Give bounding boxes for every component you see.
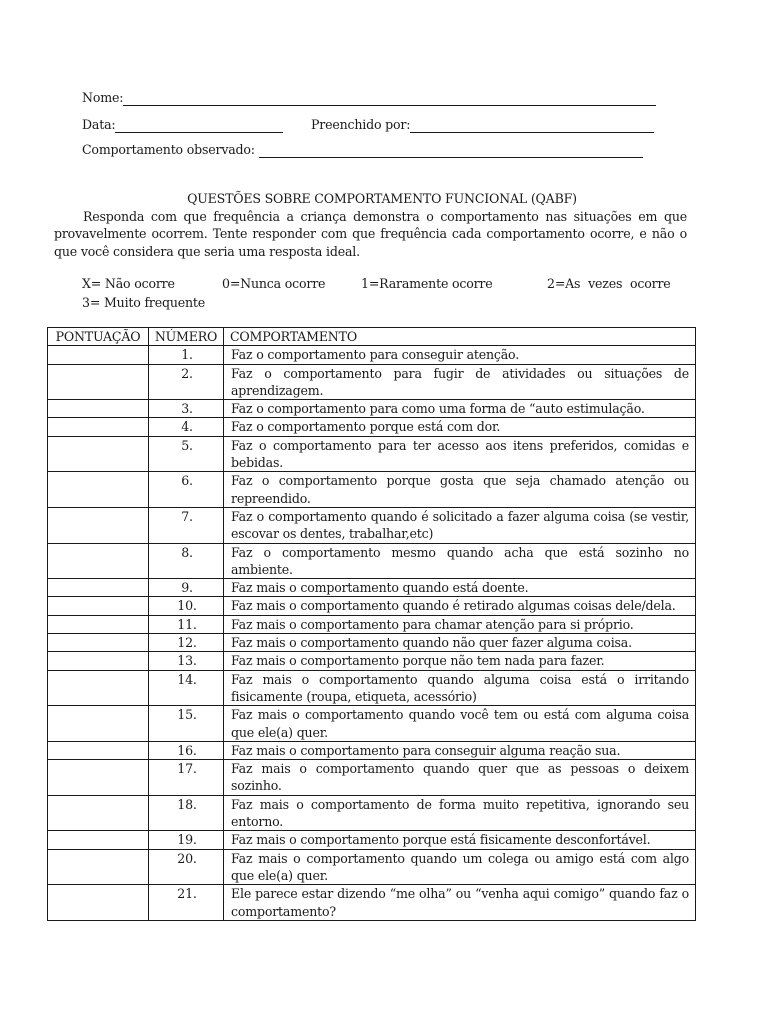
legend-item-3: 3= Muito frequente (82, 294, 205, 312)
table-row: 19.Faz mais o comportamento porque está … (48, 831, 696, 849)
table-header-row: PONTUAÇÃO NÚMERO COMPORTAMENTO (48, 328, 696, 346)
legend-item-0: 0=Nunca ocorre (222, 275, 325, 293)
legend-item-1: 1=Raramente ocorre (361, 275, 493, 293)
number-cell: 6. (149, 472, 224, 508)
table-row: 17.Faz mais o comportamento quando quer … (48, 760, 696, 796)
table-row: 14.Faz mais o comportamento quando algum… (48, 670, 696, 706)
number-cell: 18. (149, 795, 224, 831)
score-cell[interactable] (48, 364, 149, 400)
behavior-description-cell: Faz mais o comportamento quando você tem… (224, 706, 696, 742)
table-row: 13.Faz mais o comportamento porque não t… (48, 652, 696, 670)
table-row: 21.Ele parece estar dizendo “me olha” ou… (48, 885, 696, 921)
number-cell: 5. (149, 436, 224, 472)
number-cell: 7. (149, 507, 224, 543)
score-cell[interactable] (48, 507, 149, 543)
number-cell: 19. (149, 831, 224, 849)
table-row: 7.Faz o comportamento quando é solicitad… (48, 507, 696, 543)
table-body: 1.Faz o comportamento para conseguir ate… (48, 346, 696, 921)
score-cell[interactable] (48, 652, 149, 670)
header-pontuacao: PONTUAÇÃO (48, 328, 149, 346)
table-row: 8.Faz o comportamento mesmo quando acha … (48, 543, 696, 579)
behavior-description-cell: Faz o comportamento porque está com dor. (224, 418, 696, 436)
comportamento-observado-field[interactable]: Comportamento observado: (82, 140, 643, 158)
score-cell[interactable] (48, 543, 149, 579)
score-cell[interactable] (48, 795, 149, 831)
score-cell[interactable] (48, 615, 149, 633)
table-row: 12.Faz mais o comportamento quando não q… (48, 634, 696, 652)
table-row: 1.Faz o comportamento para conseguir ate… (48, 346, 696, 364)
nome-label: Nome: (82, 90, 123, 106)
score-cell[interactable] (48, 670, 149, 706)
preenchido-por-field[interactable]: Preenchido por: (311, 115, 654, 133)
comportamento-observado-input-line[interactable] (259, 144, 643, 158)
behavior-description-cell: Faz o comportamento para fugir de ativid… (224, 364, 696, 400)
instructions-paragraph: Responda com que frequência a criança de… (54, 208, 687, 260)
behavior-table: PONTUAÇÃO NÚMERO COMPORTAMENTO 1.Faz o c… (47, 327, 696, 921)
number-cell: 12. (149, 634, 224, 652)
data-input-line[interactable] (115, 119, 283, 133)
number-cell: 9. (149, 579, 224, 597)
score-cell[interactable] (48, 849, 149, 885)
behavior-description-cell: Faz mais o comportamento quando alguma c… (224, 670, 696, 706)
nome-input-line[interactable] (123, 92, 656, 106)
score-cell[interactable] (48, 400, 149, 418)
number-cell: 17. (149, 760, 224, 796)
table-row: 11.Faz mais o comportamento para chamar … (48, 615, 696, 633)
score-cell[interactable] (48, 472, 149, 508)
number-cell: 4. (149, 418, 224, 436)
behavior-description-cell: Faz mais o comportamento quando é retira… (224, 597, 696, 615)
score-cell[interactable] (48, 346, 149, 364)
behavior-description-cell: Faz o comportamento para ter acesso aos … (224, 436, 696, 472)
legend-item-x: X= Não ocorre (82, 275, 175, 293)
number-cell: 15. (149, 706, 224, 742)
header-comportamento: COMPORTAMENTO (224, 328, 696, 346)
data-field[interactable]: Data: (82, 115, 283, 133)
behavior-description-cell: Faz mais o comportamento para conseguir … (224, 741, 696, 759)
number-cell: 20. (149, 849, 224, 885)
number-cell: 14. (149, 670, 224, 706)
preenchido-por-label: Preenchido por: (311, 117, 410, 133)
number-cell: 3. (149, 400, 224, 418)
behavior-description-cell: Faz mais o comportamento porque está fis… (224, 831, 696, 849)
document-title: QUESTÕES SOBRE COMPORTAMENTO FUNCIONAL (… (48, 191, 716, 207)
behavior-description-cell: Faz mais o comportamento porque não tem … (224, 652, 696, 670)
behavior-description-cell: Faz mais o comportamento quando não quer… (224, 634, 696, 652)
score-cell[interactable] (48, 436, 149, 472)
number-cell: 8. (149, 543, 224, 579)
behavior-description-cell: Faz mais o comportamento quando um coleg… (224, 849, 696, 885)
preenchido-por-input-line[interactable] (410, 119, 654, 133)
score-cell[interactable] (48, 634, 149, 652)
nome-field[interactable]: Nome: (82, 88, 656, 106)
behavior-description-cell: Faz mais o comportamento quando está doe… (224, 579, 696, 597)
number-cell: 2. (149, 364, 224, 400)
table-row: 20.Faz mais o comportamento quando um co… (48, 849, 696, 885)
score-cell[interactable] (48, 418, 149, 436)
score-cell[interactable] (48, 741, 149, 759)
table-row: 6.Faz o comportamento porque gosta que s… (48, 472, 696, 508)
behavior-description-cell: Ele parece estar dizendo “me olha” ou “v… (224, 885, 696, 921)
behavior-description-cell: Faz o comportamento mesmo quando acha qu… (224, 543, 696, 579)
number-cell: 11. (149, 615, 224, 633)
behavior-description-cell: Faz o comportamento quando é solicitado … (224, 507, 696, 543)
table-row: 9.Faz mais o comportamento quando está d… (48, 579, 696, 597)
behavior-description-cell: Faz mais o comportamento quando quer que… (224, 760, 696, 796)
legend-item-2: 2=As vezes ocorre (547, 275, 671, 293)
behavior-description-cell: Faz mais o comportamento de forma muito … (224, 795, 696, 831)
score-cell[interactable] (48, 579, 149, 597)
behavior-description-cell: Faz o comportamento porque gosta que sej… (224, 472, 696, 508)
table-row: 15.Faz mais o comportamento quando você … (48, 706, 696, 742)
behavior-description-cell: Faz o comportamento para como uma forma … (224, 400, 696, 418)
number-cell: 1. (149, 346, 224, 364)
score-cell[interactable] (48, 885, 149, 921)
table-row: 2.Faz o comportamento para fugir de ativ… (48, 364, 696, 400)
behavior-description-cell: Faz o comportamento para conseguir atenç… (224, 346, 696, 364)
header-numero: NÚMERO (149, 328, 224, 346)
table-row: 10.Faz mais o comportamento quando é ret… (48, 597, 696, 615)
table-row: 16.Faz mais o comportamento para consegu… (48, 741, 696, 759)
number-cell: 13. (149, 652, 224, 670)
score-cell[interactable] (48, 760, 149, 796)
number-cell: 10. (149, 597, 224, 615)
comportamento-observado-label: Comportamento observado: (82, 142, 255, 158)
table-row: 18.Faz mais o comportamento de forma mui… (48, 795, 696, 831)
table-row: 5.Faz o comportamento para ter acesso ao… (48, 436, 696, 472)
score-cell[interactable] (48, 597, 149, 615)
score-cell[interactable] (48, 831, 149, 849)
table-row: 4.Faz o comportamento porque está com do… (48, 418, 696, 436)
number-cell: 21. (149, 885, 224, 921)
number-cell: 16. (149, 741, 224, 759)
score-cell[interactable] (48, 706, 149, 742)
qabf-form-page: Nome: Data: Preenchido por: Comportament… (0, 0, 768, 1024)
data-label: Data: (82, 117, 115, 133)
table-row: 3.Faz o comportamento para como uma form… (48, 400, 696, 418)
behavior-description-cell: Faz mais o comportamento para chamar ate… (224, 615, 696, 633)
